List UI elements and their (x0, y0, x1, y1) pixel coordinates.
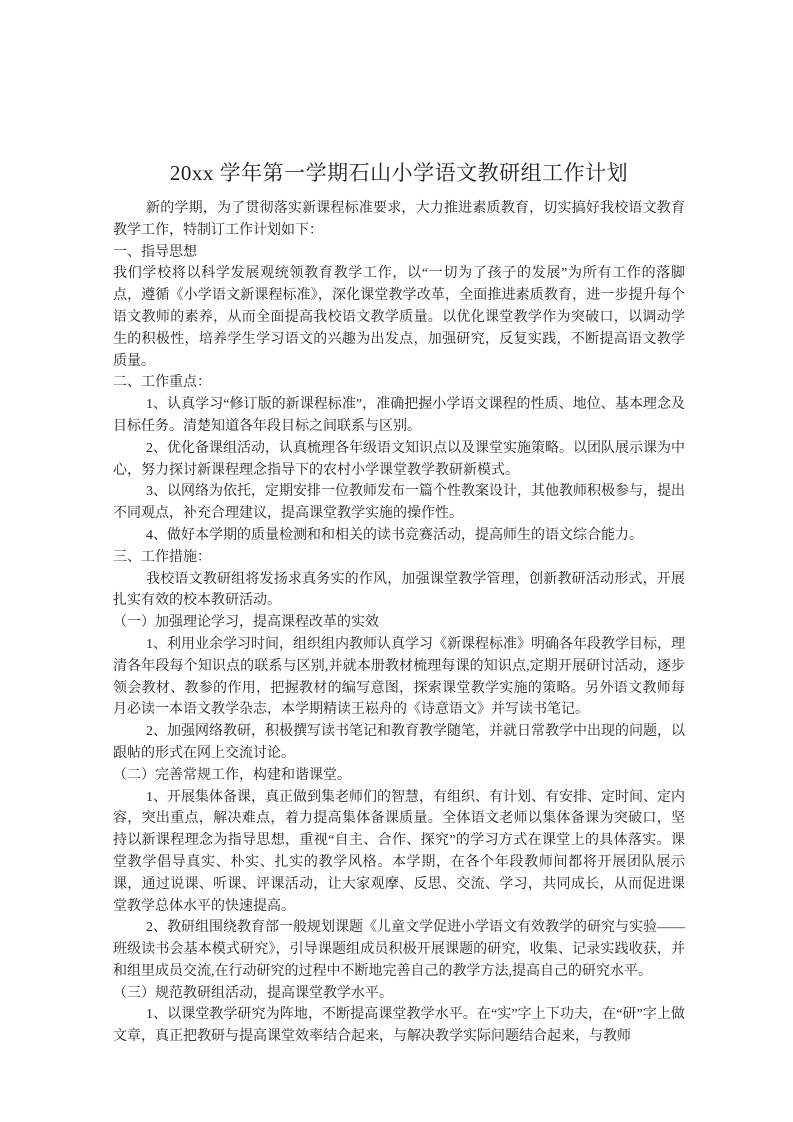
document-page: 20xx 学年第一学期石山小学语文教研组工作计划 新的学期，为了贯彻落实新课程标… (0, 0, 793, 1122)
paragraph: 二、工作重点： (113, 372, 685, 394)
paragraph: 2、加强网络教研，积极撰写读书笔记和教育教学随笔，并就日常教学中出现的问题，以跟… (113, 721, 685, 765)
paragraph: （二）完善常规工作，构建和谐课堂。 (113, 765, 685, 787)
paragraph: 2、教研组围绕教育部一般规划课题《儿童文学促进小学语文有效教学的研究与实验——班… (113, 917, 685, 982)
paragraph: 1、利用业余学习时间，组织组内教师认真学习《新课程标准》明确各年段教学目标，理清… (113, 634, 685, 721)
paragraph: 我校语文教研组将发扬求真务实的作风，加强课堂教学管理，创新教研活动形式，开展扎实… (113, 569, 685, 613)
paragraph: 新的学期，为了贯彻落实新课程标准要求，大力推进素质教育，切实搞好我校语文教育教学… (113, 198, 685, 242)
paragraph: （三）规范教研组活动，提高课堂教学水平。 (113, 983, 685, 1005)
paragraph: 三、工作措施： (113, 547, 685, 569)
document-title: 20xx 学年第一学期石山小学语文教研组工作计划 (113, 160, 685, 187)
paragraph: 我们学校将以科学发展观统领教育教学工作，以“一切为了孩子的发展”为所有工作的落脚… (113, 263, 685, 372)
paragraph: 4、做好本学期的质量检测和和相关的读书竞赛活动，提高师生的语文综合能力。 (113, 525, 685, 547)
paragraph: （一）加强理论学习，提高课程改革的实效 (113, 612, 685, 634)
paragraph: 1、开展集体备课，真正做到集老师们的智慧，有组织、有计划、有安排、定时间、定内容… (113, 787, 685, 918)
paragraph: 一、指导思想 (113, 242, 685, 264)
paragraph: 1、以课堂教学研究为阵地，不断提高课堂教学水平。在“实”字上下功夫，在“研”字上… (113, 1004, 685, 1048)
paragraph: 1、认真学习“修订版的新课程标准”，准确把握小学语文课程的性质、地位、基本理念及… (113, 394, 685, 438)
document-body: 新的学期，为了贯彻落实新课程标准要求，大力推进素质教育，切实搞好我校语文教育教学… (113, 198, 685, 1048)
paragraph: 2、优化备课组活动，认真梳理各年级语文知识点以及课堂实施策略。以团队展示课为中心… (113, 438, 685, 482)
paragraph: 3、以网络为依托，定期安排一位教师发布一篇个性教案设计，其他教师积极参与，提出不… (113, 481, 685, 525)
